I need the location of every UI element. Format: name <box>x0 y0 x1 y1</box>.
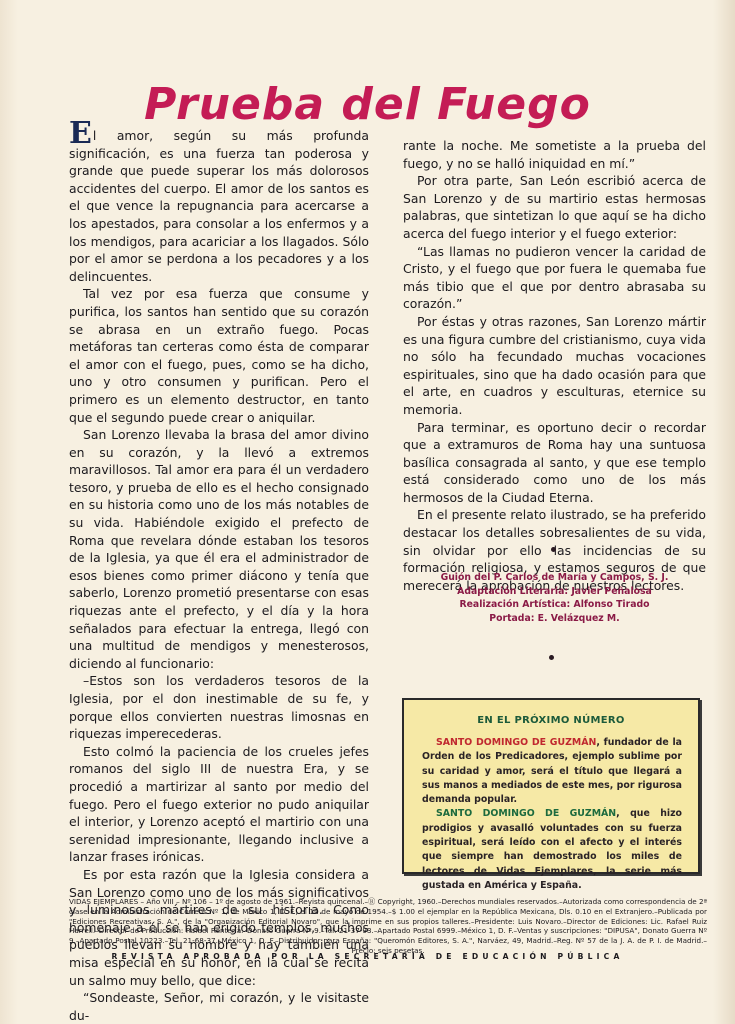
article-right-column: rante la noche. Me sometiste a la prueba… <box>403 137 706 594</box>
article-left-column: El amor, según su más profunda significa… <box>69 124 369 1024</box>
credit-line: Portada: E. Velázquez M. <box>403 612 706 626</box>
article-paragraph: “Las llamas no pudieron vencer la carida… <box>403 243 706 313</box>
credits-block: Guión del P. Carlos de María y Campos, S… <box>403 571 706 625</box>
article-paragraph: Tal vez por esa fuerza que consume y pur… <box>69 285 369 426</box>
credit-line: Adaptación Literaria: Javier Peñalosa <box>403 585 706 599</box>
article-paragraph: San Lorenzo llevaba la brasa del amor di… <box>69 426 369 672</box>
next-issue-paragraph: SANTO DOMINGO DE GUZMÁN, que hizo prodig… <box>422 807 682 893</box>
next-issue-heading: EN EL PRÓXIMO NÚMERO <box>404 715 698 726</box>
article-title: Prueba del Fuego <box>0 79 735 130</box>
next-issue-title-red: SANTO DOMINGO DE GUZMÁN <box>436 737 596 748</box>
article-paragraph: Por éstas y otras razones, San Lorenzo m… <box>403 313 706 419</box>
next-issue-box: EN EL PRÓXIMO NÚMERO SANTO DOMINGO DE GU… <box>402 698 700 874</box>
colophon: VIDAS EJEMPLARES – Año VIII – Nº 106 – 1… <box>69 897 707 956</box>
magazine-page: Prueba del Fuego El amor, según su más p… <box>0 0 735 1024</box>
article-paragraph: Para terminar, es oportuno decir o recor… <box>403 419 706 507</box>
next-issue-text: SANTO DOMINGO DE GUZMÁN, fundador de la … <box>422 736 682 893</box>
credit-line: Guión del P. Carlos de María y Campos, S… <box>403 571 706 585</box>
article-paragraph: rante la noche. Me sometiste a la prueba… <box>403 137 706 172</box>
article-paragraph: Esto colmó la paciencia de los crueles j… <box>69 743 369 866</box>
next-issue-title-green: SANTO DOMINGO DE GUZMÁN <box>436 808 616 819</box>
credit-line: Realización Artística: Alfonso Tirado <box>403 598 706 612</box>
article-paragraph: Por otra parte, San León escribió acerca… <box>403 172 706 242</box>
article-paragraph: “Sondeaste, Señor, mi corazón, y le visi… <box>69 989 369 1024</box>
separator-bullet-icon <box>549 655 554 660</box>
approval-notice: REVISTA APROBADA POR LA SECRETARÍA DE ED… <box>0 952 735 961</box>
article-paragraph: El amor, según su más profunda significa… <box>69 124 369 285</box>
article-paragraph: –Estos son los verdaderos tesoros de la … <box>69 672 369 742</box>
next-issue-paragraph: SANTO DOMINGO DE GUZMÁN, fundador de la … <box>422 736 682 807</box>
separator-bullet-icon <box>551 547 556 552</box>
